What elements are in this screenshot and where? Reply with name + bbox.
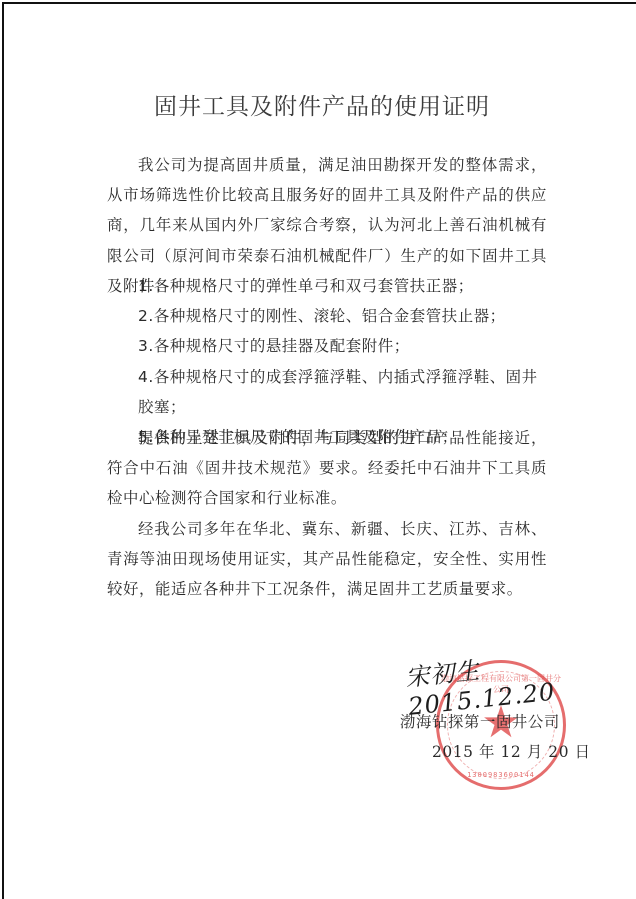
- handwritten-signature: 宋初生 2015.12.20: [403, 634, 636, 721]
- product-list-item: 3.各种规格尺寸的悬挂器及配套附件；: [107, 331, 547, 361]
- document-title: 固井工具及附件产品的使用证明: [4, 88, 636, 121]
- signing-company: 渤海钻探第一固井公司: [400, 710, 560, 732]
- compliance-paragraph: 提供的上述工具及附件，与同类型的进口产品性能接近，符合中石油《固井技术规范》要求…: [107, 423, 547, 514]
- signing-date: 2015 年 12 月 20 日: [432, 740, 591, 762]
- product-list-item: 2.各种规格尺寸的刚性、滚轮、铝合金套管扶止器；: [107, 301, 547, 331]
- document-page: 固井工具及附件产品的使用证明 我公司为提高固井质量，满足油田勘探开发的整体需求，…: [2, 2, 636, 899]
- product-list-item: 4.各种规格尺寸的成套浮箍浮鞋、内插式浮箍浮鞋、固井胶塞；: [107, 362, 547, 422]
- seal-code: 1300983600144: [439, 771, 563, 779]
- compliance-paragraph-block: 提供的上述工具及附件，与同类型的进口产品性能接近，符合中石油《固井技术规范》要求…: [107, 423, 547, 514]
- product-list-item: 1.各种规格尺寸的弹性单弓和双弓套管扶正器；: [107, 271, 547, 301]
- usage-paragraph: 经我公司多年在华北、冀东、新疆、长庆、江苏、吉林、青海等油田现场使用证实，其产品…: [107, 514, 547, 605]
- usage-paragraph-block: 经我公司多年在华北、冀东、新疆、长庆、江苏、吉林、青海等油田现场使用证实，其产品…: [107, 514, 547, 605]
